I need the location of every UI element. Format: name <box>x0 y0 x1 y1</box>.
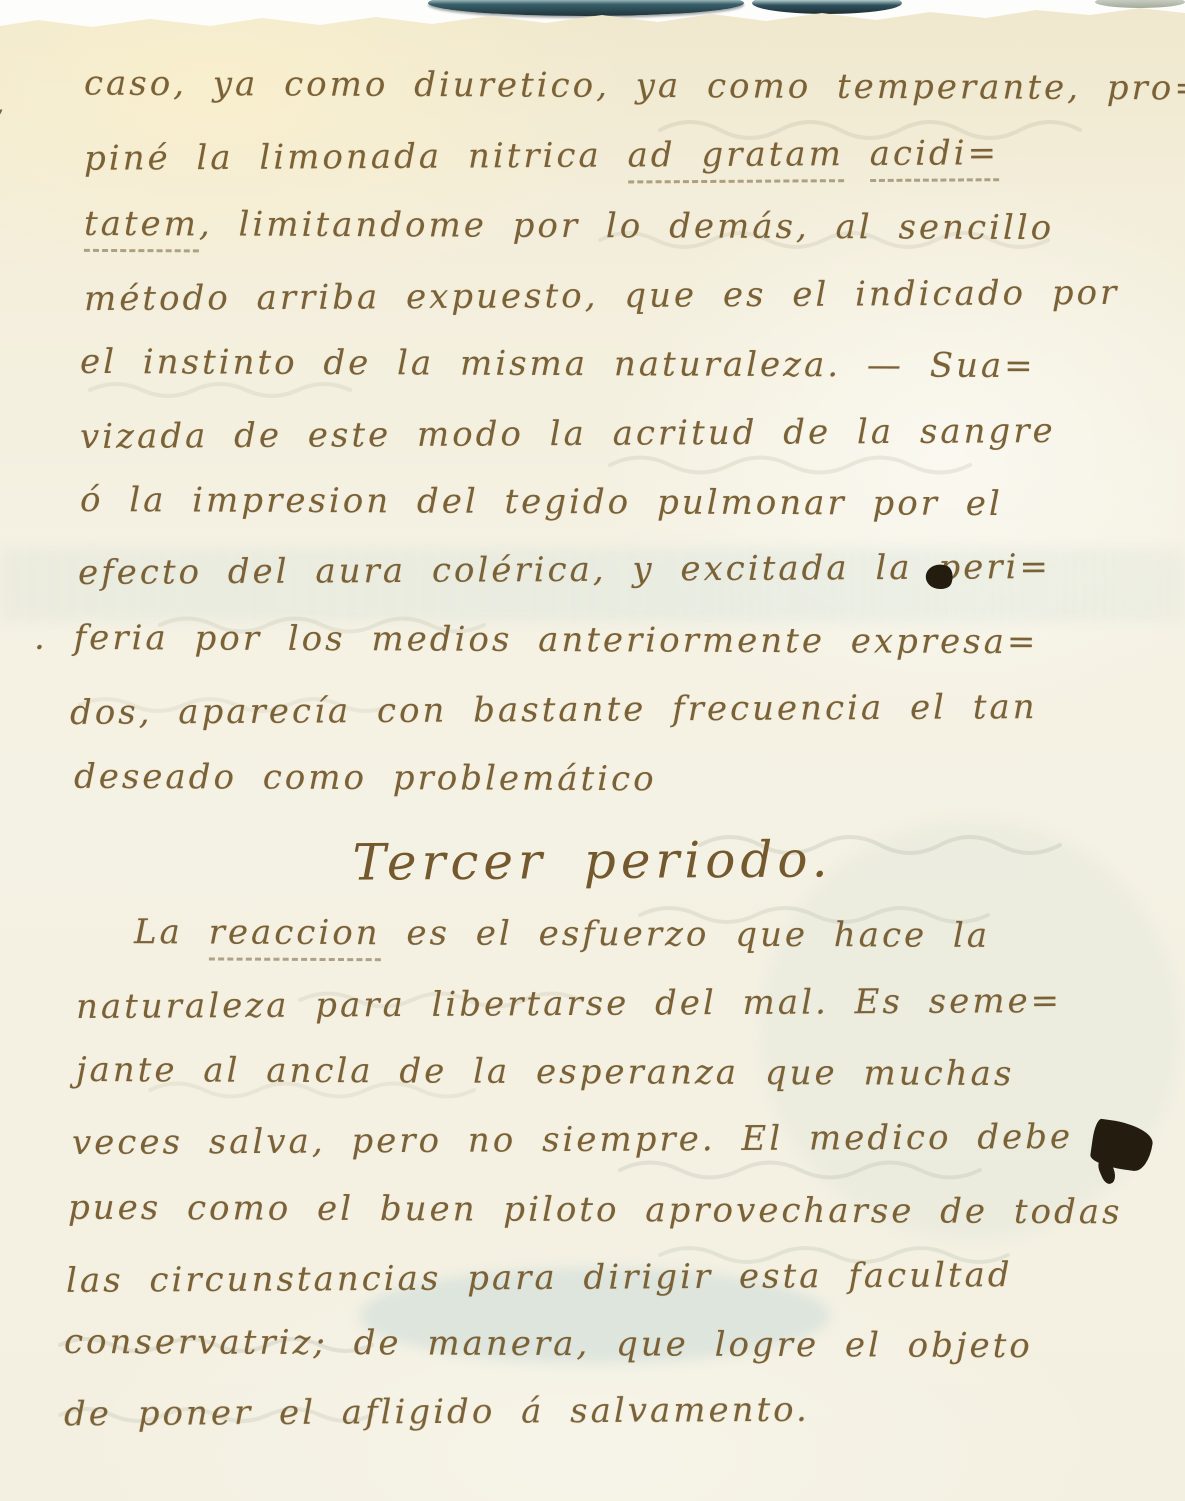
manuscript-paper: , caso, ya como diuretico, ya como tempe… <box>0 0 1185 1501</box>
manuscript-line: caso, ya como diuretico, ya como tempera… <box>84 64 1185 109</box>
scan-canvas: , caso, ya como diuretico, ya como tempe… <box>0 0 1185 1501</box>
underlined-phrase: reaccion <box>209 912 381 961</box>
underlined-phrase: ad gratam <box>627 134 844 183</box>
manuscript-line: veces salva, pero no siempre. El medico … <box>72 1117 1073 1163</box>
binding-clip-icon <box>752 0 902 14</box>
manuscript-line: jante al ancla de la esperanza que mucha… <box>76 1050 1014 1094</box>
manuscript-line: naturaleza para libertarse del mal. Es s… <box>76 981 1062 1027</box>
manuscript-line: piné la limonada nitrica ad gratam acidi… <box>84 133 999 179</box>
manuscript-line: tatem, limitandome por lo demás, al senc… <box>84 204 1054 248</box>
manuscript-line: vizada de este modo la acritud de la san… <box>80 411 1056 457</box>
underlined-phrase: tatem <box>84 204 199 253</box>
manuscript-line: deseado como problemático <box>74 757 657 800</box>
binding-clip-icon <box>1095 0 1185 8</box>
manuscript-line: . feria por los medios anteriormente exp… <box>34 618 1039 662</box>
manuscript-line: efecto del aura colérica, y excitada la … <box>78 547 1051 593</box>
cut-off-character: , <box>0 82 5 122</box>
manuscript-line: conservatriz; de manera, que logre el ob… <box>64 1322 1033 1366</box>
manuscript-line: dos, aparecía con bastante frecuencia el… <box>70 687 1038 733</box>
manuscript-line: método arriba expuesto, que es el indica… <box>84 273 1120 319</box>
manuscript-line: La reaccion es el esfuerzo que hace la <box>134 912 990 956</box>
manuscript-line: las circunstancias para dirigir esta fac… <box>66 1255 1013 1301</box>
manuscript-line: ó la impresion del tegido pulmonar por e… <box>80 480 1003 524</box>
manuscript-line: de poner el afligido á salvamento. <box>64 1390 810 1435</box>
manuscript-line: el instinto de la misma naturaleza. — Su… <box>80 342 1036 386</box>
manuscript-line: pues como el buen piloto aprovecharse de… <box>68 1188 1123 1233</box>
section-heading: Tercer periodo. <box>0 828 1185 894</box>
underlined-phrase: acidi= <box>870 133 1000 182</box>
binding-clip-icon <box>428 0 744 16</box>
